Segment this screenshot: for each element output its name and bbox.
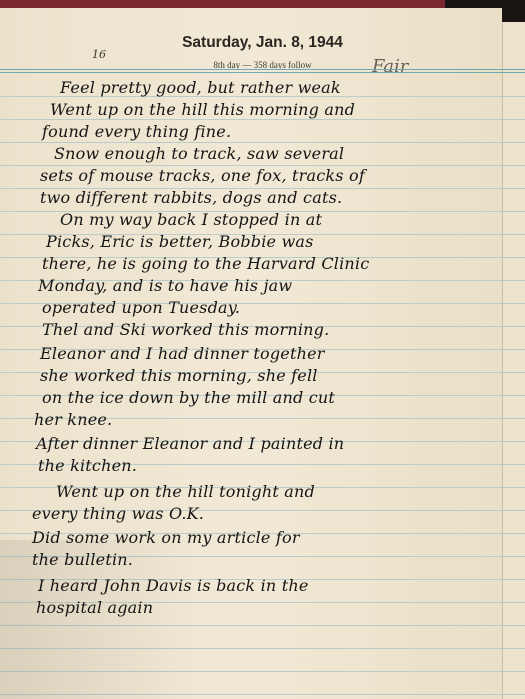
- entry-line: On my way back I stopped in at: [60, 210, 322, 229]
- handwritten-page-number: 16: [92, 48, 106, 61]
- entry-line: her knee.: [34, 410, 112, 429]
- entry-line: I heard John Davis is back in the: [38, 576, 309, 595]
- entry-line: there, he is going to the Harvard Clinic: [42, 254, 369, 273]
- entry-line: sets of mouse tracks, one fox, tracks of: [40, 166, 365, 185]
- entry-line: the kitchen.: [38, 456, 137, 475]
- entry-line: she worked this morning, she fell: [40, 366, 318, 385]
- entry-line: Did some work on my article for: [32, 528, 300, 547]
- header-rule-bottom: [0, 72, 525, 73]
- entry-line: After dinner Eleanor and I painted in: [36, 434, 344, 453]
- entry-line: Eleanor and I had dinner together: [40, 344, 325, 363]
- page-date-heading: Saturday, Jan. 8, 1944: [0, 34, 525, 52]
- entry-line: Feel pretty good, but rather weak: [60, 78, 341, 97]
- entry-line: Snow enough to track, saw several: [54, 144, 344, 163]
- entry-line: Thel and Ski worked this morning.: [42, 320, 329, 339]
- ruled-line: [0, 142, 525, 143]
- entry-line: operated upon Tuesday.: [42, 298, 240, 317]
- next-page-edge: [502, 22, 525, 699]
- entry-line: the bulletin.: [32, 550, 133, 569]
- entry-line: on the ice down by the mill and cut: [42, 388, 335, 407]
- entry-line: two different rabbits, dogs and cats.: [40, 188, 342, 207]
- entry-line: Went up on the hill tonight and: [56, 482, 315, 501]
- entry-line: Went up on the hill this morning and: [50, 100, 355, 119]
- ruled-line: [0, 119, 525, 120]
- entry-line: hospital again: [36, 598, 153, 617]
- entry-line: Monday, and is to have his jaw: [38, 276, 292, 295]
- entry-line: every thing was O.K.: [32, 504, 204, 523]
- entry-line: Picks, Eric is better, Bobbie was: [46, 232, 314, 251]
- header-rule-top: [0, 69, 525, 70]
- weather-note: Fair: [372, 56, 408, 77]
- entry-line: found every thing fine.: [42, 122, 231, 141]
